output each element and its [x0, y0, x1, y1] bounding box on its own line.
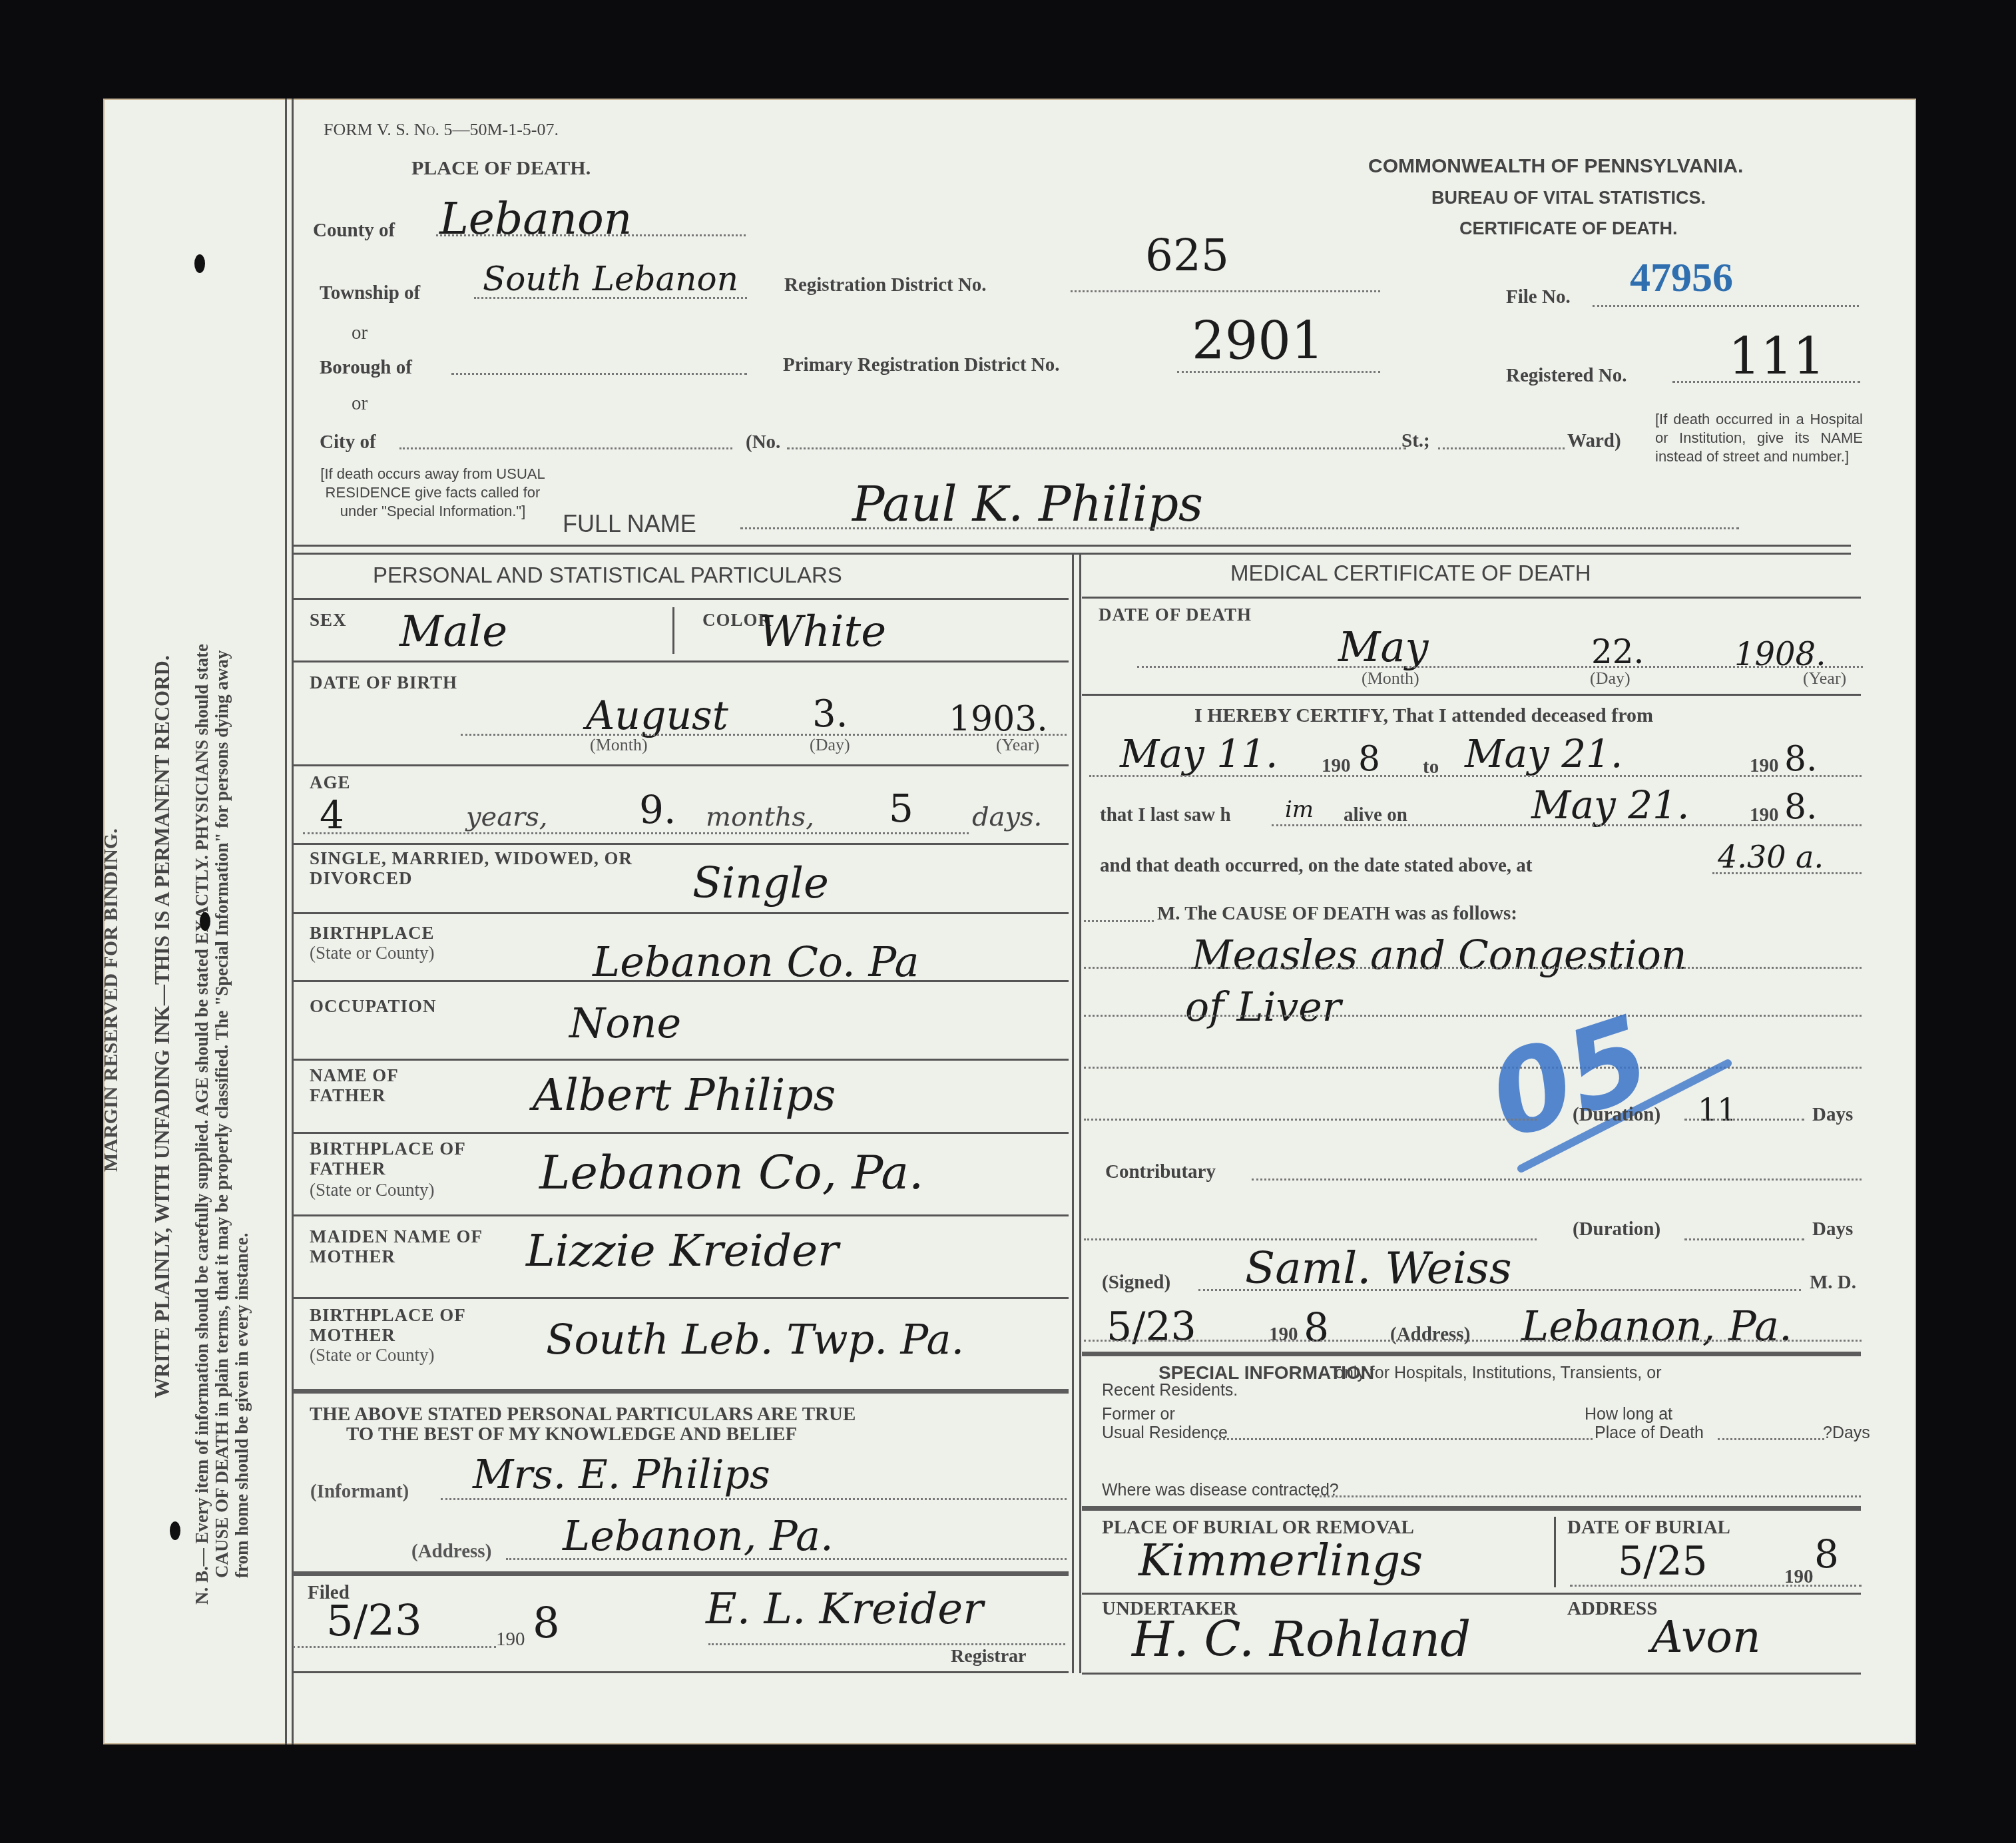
- bottom-divider: [293, 1671, 1069, 1673]
- full-name-label: FULL NAME: [563, 510, 696, 538]
- row-divider: [1082, 597, 1861, 599]
- age-line: [303, 832, 969, 834]
- duration2-leader: [1084, 1238, 1537, 1240]
- informant-line: [441, 1498, 1067, 1500]
- signed-date[interactable]: 5/23: [1107, 1304, 1196, 1350]
- duration2-line: [1684, 1238, 1804, 1240]
- street-label: St.;: [1401, 430, 1430, 452]
- age-label: AGE: [310, 772, 351, 793]
- cause-line-1-rule: [1084, 967, 1862, 969]
- cause-line-2[interactable]: of Liver: [1185, 984, 1342, 1031]
- burial-date-value[interactable]: 5/25: [1618, 1538, 1708, 1585]
- section-divider: [293, 545, 1851, 547]
- dob-line: [461, 734, 1067, 736]
- contributary-line: [1252, 1179, 1862, 1181]
- last-saw-year-suffix[interactable]: 8.: [1784, 787, 1818, 827]
- row-divider: [293, 843, 1069, 845]
- how-long-label-1: How long at: [1585, 1405, 1672, 1424]
- registration-district-line: [1071, 290, 1380, 292]
- street-field-line: [787, 447, 1406, 449]
- file-no-label: File No.: [1506, 286, 1571, 308]
- row-divider: [293, 1214, 1069, 1216]
- date-of-death-line: [1137, 666, 1863, 668]
- color-value[interactable]: White: [759, 607, 886, 657]
- primary-registration-line: [1177, 371, 1380, 373]
- age-months-value[interactable]: 9.: [639, 787, 676, 832]
- registered-no-value[interactable]: 111: [1728, 326, 1825, 386]
- how-long-label-2: Place of Death: [1595, 1424, 1704, 1443]
- burial-date-label: DATE OF BURIAL: [1567, 1517, 1730, 1539]
- registrar-label: Registrar: [951, 1646, 1027, 1667]
- former-residence-label-2: Usual Residence: [1102, 1424, 1228, 1443]
- duration-line: [1684, 1119, 1804, 1121]
- cause-line-1[interactable]: Measles and Congestion: [1192, 932, 1686, 979]
- row-divider: [293, 598, 1069, 600]
- ward-field-line: [1438, 447, 1565, 449]
- attended-from-year-suffix[interactable]: 8: [1358, 739, 1380, 779]
- attended-to-date[interactable]: May 21.: [1465, 731, 1623, 776]
- md-label: M. D.: [1810, 1272, 1856, 1294]
- signed-year-suffix[interactable]: 8: [1304, 1305, 1329, 1352]
- month-hint: (Month): [590, 735, 648, 755]
- filed-year-suffix[interactable]: 8: [533, 1599, 560, 1649]
- how-long-line: [1718, 1438, 1824, 1440]
- father-name-label: NAME OF FATHER: [310, 1065, 456, 1105]
- mother-birthplace-label: BIRTHPLACE OF MOTHER: [310, 1305, 483, 1345]
- days2-label: Days: [1812, 1218, 1853, 1240]
- punch-hole-icon: [200, 912, 210, 931]
- registered-no-label: Registered No.: [1506, 365, 1627, 387]
- special-info-line-2: Recent Residents.: [1102, 1381, 1238, 1400]
- borough-label: Borough of: [320, 357, 412, 379]
- certificate-title: CERTIFICATE OF DEATH.: [1459, 218, 1677, 239]
- county-field-line: [436, 234, 746, 236]
- father-birthplace-label: BIRTHPLACE OF FATHER: [310, 1139, 483, 1179]
- certify-statement: I HEREBY CERTIFY, That I attended deceas…: [1194, 704, 1653, 727]
- how-long-days: ?Days: [1823, 1424, 1870, 1443]
- age-years-value[interactable]: 4: [320, 792, 344, 838]
- last-saw-prefix: that I last saw h: [1100, 804, 1231, 826]
- signed-label: (Signed): [1102, 1272, 1170, 1294]
- year-hint: (Year): [1803, 668, 1846, 688]
- birthplace-label: BIRTHPLACE: [310, 923, 435, 943]
- section-divider-thick: [1082, 1352, 1861, 1356]
- mother-maiden-name-label: MAIDEN NAME OF MOTHER: [310, 1226, 503, 1266]
- undertaker-address-value[interactable]: Avon: [1651, 1611, 1761, 1663]
- informant-address-line: [506, 1558, 1067, 1560]
- occupation-value[interactable]: None: [569, 999, 681, 1047]
- bottom-divider: [1082, 1673, 1861, 1675]
- residence-note: [If death occurs away from USUAL RESIDEN…: [313, 465, 553, 521]
- dob-label: DATE OF BIRTH: [310, 672, 457, 693]
- occupation-label: OCCUPATION: [310, 996, 437, 1017]
- attestation-line-1: THE ABOVE STATED PERSONAL PARTICULARS AR…: [310, 1404, 856, 1426]
- day-hint: (Day): [1590, 668, 1631, 688]
- cause-line-2-rule: [1084, 1015, 1862, 1017]
- age-months-label: months,: [706, 802, 814, 832]
- row-divider: [1082, 694, 1861, 696]
- informant-label: (Informant): [310, 1481, 409, 1503]
- cause-of-death-label: M. The CAUSE OF DEATH was as follows:: [1157, 903, 1517, 925]
- death-time-line: [1712, 872, 1862, 874]
- mother-maiden-name-value[interactable]: Lizzie Kreider: [526, 1225, 839, 1276]
- undertaker-address-label: ADDRESS: [1567, 1598, 1657, 1620]
- registration-district-value[interactable]: 625: [1145, 230, 1229, 281]
- sex-value[interactable]: Male: [399, 607, 507, 657]
- physician-address-value[interactable]: Lebanon, Pa.: [1521, 1302, 1792, 1350]
- ward-label: Ward): [1567, 430, 1621, 452]
- bureau-title: BUREAU OF VITAL STATISTICS.: [1431, 188, 1706, 208]
- year-hint: (Year): [996, 735, 1039, 755]
- row-divider: [293, 660, 1069, 662]
- row-divider: [293, 912, 1069, 914]
- month-hint: (Month): [1362, 668, 1419, 688]
- place-of-death-title: PLACE OF DEATH.: [411, 157, 591, 180]
- column-divider: [1072, 555, 1074, 1673]
- duration2-label: (Duration): [1573, 1218, 1660, 1240]
- signed-year-prefix: 190: [1269, 1324, 1298, 1346]
- date-of-death-month[interactable]: May: [1338, 623, 1428, 671]
- hospital-note: [If death occurred in a Hospital or Inst…: [1655, 410, 1863, 466]
- full-name-value[interactable]: Paul K. Philips: [852, 476, 1203, 532]
- birthplace-value[interactable]: Lebanon Co. Pa: [593, 937, 919, 986]
- primary-registration-value[interactable]: 2901: [1192, 312, 1324, 372]
- last-saw-line: [1272, 824, 1862, 826]
- row-divider: [293, 764, 1069, 766]
- physician-address-label: (Address): [1390, 1324, 1470, 1346]
- burial-place-value[interactable]: Kimmerlings: [1138, 1535, 1423, 1586]
- attended-to-year-prefix: 190: [1750, 755, 1779, 777]
- sex-label: SEX: [310, 610, 347, 631]
- file-no-stamp: 47956: [1630, 254, 1733, 302]
- mother-birthplace-value[interactable]: South Leb. Twp. Pa.: [546, 1315, 964, 1364]
- sex-color-divider: [672, 607, 674, 654]
- physician-signature[interactable]: Saml. Weiss: [1245, 1242, 1512, 1294]
- attestation-line-2: TO THE BEST OF MY KNOWLEDGE AND BELIEF: [346, 1424, 797, 1446]
- physician-address-line: [1084, 1340, 1862, 1342]
- filed-year-prefix: 190: [496, 1629, 525, 1651]
- write-plainly-note: WRITE PLAINLY, WITH UNFADING INK—THIS IS…: [150, 655, 174, 1398]
- informant-address-value[interactable]: Lebanon, Pa.: [563, 1511, 834, 1560]
- burial-date-line: [1570, 1585, 1862, 1587]
- section-divider-thick: [293, 1389, 1069, 1394]
- binding-margin-note: MARGIN RESERVED FOR BINDING.: [100, 828, 123, 1172]
- township-field-line: [474, 297, 747, 299]
- row-divider: [293, 980, 1069, 982]
- attended-to-year-suffix[interactable]: 8.: [1784, 739, 1818, 779]
- last-saw-date[interactable]: May 21.: [1531, 782, 1689, 828]
- duration-leader: [1084, 1119, 1537, 1121]
- primary-registration-label: Primary Registration District No.: [783, 354, 1060, 376]
- dob-year[interactable]: 1903.: [949, 699, 1048, 739]
- last-saw-suffix: alive on: [1344, 804, 1407, 826]
- city-label: City of: [320, 431, 376, 453]
- borough-field-line: [451, 373, 747, 375]
- column-divider: [1079, 555, 1081, 1673]
- row-divider: [293, 1059, 1069, 1061]
- county-label: County of: [313, 220, 395, 242]
- signed-line: [1198, 1289, 1801, 1291]
- informant-address-label: (Address): [411, 1541, 491, 1563]
- nb-note-line-1: N. B.— Every item of information should …: [192, 644, 212, 1605]
- margin-divider: [292, 99, 294, 1744]
- father-birthplace-value[interactable]: Lebanon Co, Pa.: [539, 1145, 923, 1200]
- commonwealth-title: COMMONWEALTH OF PENNSYLVANIA.: [1368, 155, 1743, 178]
- section-divider-thick: [293, 1571, 1069, 1576]
- full-name-line: [740, 527, 1739, 529]
- dob-month[interactable]: August: [586, 692, 728, 739]
- age-days-value[interactable]: 5: [889, 786, 913, 831]
- row-divider: [293, 1297, 1069, 1299]
- day-hint: (Day): [810, 735, 850, 755]
- township-value[interactable]: South Lebanon: [483, 260, 738, 298]
- death-time-value[interactable]: 4.30 a.: [1718, 839, 1824, 875]
- personal-section-title: PERSONAL AND STATISTICAL PARTICULARS: [373, 563, 842, 588]
- disease-contracted-label: Where was disease contracted?: [1102, 1481, 1339, 1500]
- punch-hole-icon: [194, 254, 205, 273]
- state-county-hint: (State or County): [310, 1180, 434, 1200]
- file-no-line: [1593, 305, 1859, 307]
- state-county-hint: (State or County): [310, 1345, 434, 1366]
- street-number-label: (No.: [746, 431, 780, 453]
- special-info-title-suffix: only for Hospitals, Institutions, Transi…: [1335, 1364, 1662, 1383]
- marital-status-label: SINGLE, MARRIED, WIDOWED, OR DIVORCED: [310, 848, 656, 888]
- city-field-line: [399, 447, 732, 449]
- or-label-2: or: [352, 393, 368, 415]
- duration-value[interactable]: 11: [1698, 1092, 1737, 1128]
- days-label: Days: [1812, 1104, 1853, 1126]
- last-saw-year-prefix: 190: [1750, 804, 1779, 826]
- dob-day[interactable]: 3.: [812, 692, 848, 736]
- row-divider: [293, 1132, 1069, 1134]
- nb-note-line-2: CAUSE OF DEATH in plain terms, that it m…: [212, 650, 232, 1578]
- registration-district-label: Registration District No.: [784, 274, 987, 296]
- attended-from-year-prefix: 190: [1322, 755, 1351, 777]
- row-divider: [1082, 1593, 1861, 1595]
- burial-column-divider: [1554, 1517, 1556, 1587]
- undertaker-value[interactable]: H. C. Rohland: [1132, 1611, 1471, 1667]
- cause-leader-line: [1084, 920, 1154, 922]
- informant-value[interactable]: Mrs. E. Philips: [473, 1451, 770, 1498]
- filed-date-value[interactable]: 5/23: [326, 1597, 422, 1646]
- form-number: FORM V. S. No. 5—50M-1-5-07.: [324, 120, 559, 140]
- duration-label: (Duration): [1573, 1104, 1660, 1126]
- former-residence-line: [1214, 1438, 1593, 1440]
- county-value[interactable]: Lebanon: [439, 193, 632, 244]
- registrar-signature[interactable]: E. L. Kreider: [706, 1585, 983, 1634]
- death-time-text: and that death occurred, on the date sta…: [1100, 855, 1533, 877]
- disease-contracted-line: [1315, 1495, 1861, 1497]
- state-county-hint: (State or County): [310, 943, 434, 963]
- filed-line: [293, 1646, 496, 1648]
- medical-section-title: MEDICAL CERTIFICATE OF DEATH: [1230, 561, 1591, 586]
- registrar-line: [708, 1643, 1065, 1645]
- registered-no-line: [1672, 381, 1860, 383]
- or-label: or: [352, 322, 368, 344]
- section-divider-thick: [1082, 1506, 1861, 1511]
- marital-status-value[interactable]: Single: [692, 859, 829, 908]
- punch-hole-icon: [170, 1521, 180, 1540]
- attended-from-date[interactable]: May 11.: [1120, 731, 1278, 776]
- burial-year-suffix[interactable]: 8: [1814, 1531, 1839, 1577]
- age-days-label: days.: [972, 802, 1042, 832]
- father-name-value[interactable]: Albert Philips: [533, 1069, 836, 1121]
- margin-divider: [285, 99, 287, 1744]
- age-years-label: years,: [466, 802, 547, 832]
- former-residence-label-1: Former or: [1102, 1405, 1175, 1424]
- attended-line: [1089, 775, 1862, 777]
- date-of-death-label: DATE OF DEATH: [1099, 605, 1252, 625]
- last-saw-pronoun[interactable]: im: [1285, 796, 1314, 823]
- nb-note-line-3: from home should be given in every insta…: [232, 1233, 252, 1579]
- township-label: Township of: [320, 282, 420, 304]
- cause-line-3-rule: [1084, 1067, 1862, 1069]
- contributary-label: Contributary: [1105, 1161, 1216, 1183]
